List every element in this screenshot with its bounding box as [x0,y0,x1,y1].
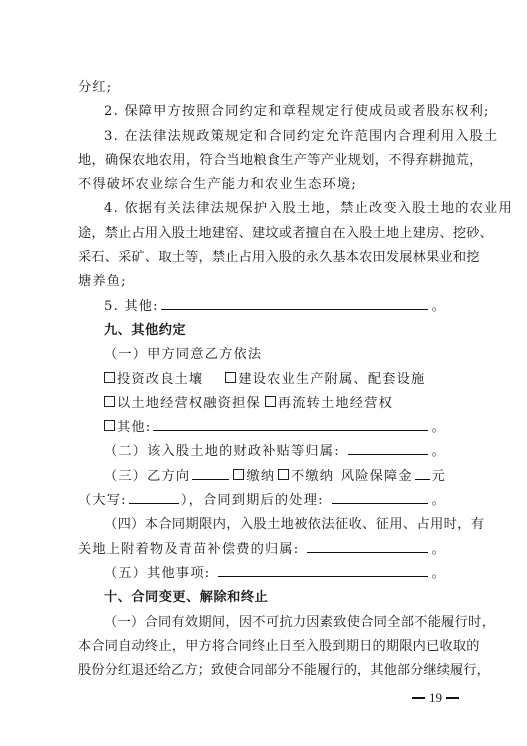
document-page: 分红; 2. 保障甲方按照合同约定和章程规定行使成员或者股东权利; 3. 在法律… [78,76,446,683]
option-pay[interactable]: 缴纳 [233,465,275,489]
section-9-item-4-cont: 关地上附着物及青苗补偿费的归属: 。 [78,538,446,562]
option-retransfer[interactable]: 再流转土地经营权 [265,392,393,416]
period: 。 [432,416,446,440]
label: 5. 其他: [104,295,159,319]
blank-field-compensation[interactable] [307,539,427,553]
text-line: 途，禁止占用入股土地建窑、建坟或者擅自在入股土地上建房、挖砂、 [78,222,446,246]
text-line: 不得破坏农业综合生产能力和农业生态环境; [78,173,446,197]
label: 其他: [117,416,151,440]
dash-icon [446,697,459,699]
heading: 十、合同变更、解除和终止 [104,586,268,610]
text: 3. 在法律法规政策规定和合同约定允许范围内合理利用入股土 [104,125,498,149]
text-line: 地，确保农地农用，符合当地粮食生产等产业规划，不得弃耕抛荒， [78,149,446,173]
text: 不得破坏农业综合生产能力和农业生态环境; [78,173,357,197]
label: 关地上附着物及青苗补偿费的归属: [78,538,299,562]
text: （四）本合同期限内，入股土地被依法征收、征用、占用时，有 [104,513,484,537]
checkbox-icon[interactable] [225,372,236,383]
text: 4. 依据有关法律法规保护入股土地，禁止改变入股土地的农业用 [104,197,513,221]
checkbox-icon[interactable] [265,396,276,407]
text: （一）合同有效期间，因不可抗力因素致使合同全部不能履行时， [104,611,495,635]
clause-2: 2. 保障甲方按照合同约定和章程规定行使成员或者股东权利; [78,100,446,124]
text: 股份分红退还给乙方；致使合同部分不能履行的，其他部分继续履行， [78,659,490,683]
text-line: 分红; [78,76,446,100]
text: 本合同自动终止，甲方将合同终止日至入股到期日的期限内已收取的 [78,635,480,659]
option-financing-guarantee[interactable]: 以土地经营权融资担保 [104,392,261,416]
text-line: 采石、采矿、取土等，禁止占用入股的永久基本农田发展林果业和挖 [78,246,446,270]
section-9-item-3-cont: （大写: ），合同到期后的处理: 。 [78,489,446,513]
label: 风险保障金 [341,465,413,489]
blank-field-other-matters[interactable] [218,563,427,577]
text: 途，禁止占用入股土地建窑、建坟或者擅自在入股土地上建房、挖砂、 [78,222,493,246]
checkbox-icon[interactable] [104,372,115,383]
clause-3: 3. 在法律法规政策规定和合同约定允许范围内合理利用入股土 [78,125,446,149]
label: ），合同到期后的处理: [181,489,324,513]
text: 2. 保障甲方按照合同约定和章程规定行使成员或者股东权利; [104,100,490,124]
section-9-item-4: （四）本合同期限内，入股土地被依法征收、征用、占用时，有 [78,513,446,537]
blank-field-option-other[interactable] [153,417,427,431]
label: （大写: [78,489,127,513]
page-number-text: 19 [429,690,442,706]
section-9-item-5: （五）其他事项: 。 [78,562,446,586]
options-row-1: 投资改良土壤 建设农业生产附属、配套设施 [78,368,446,392]
label: （五）其他事项: [104,562,210,586]
checkbox-icon[interactable] [104,396,115,407]
text: 地，确保农地农用，符合当地粮食生产等产业规划，不得弃耕抛荒， [78,149,483,173]
options-row-2: 以土地经营权融资担保 再流转土地经营权 [78,392,446,416]
option-improve-soil[interactable]: 投资改良土壤 [104,368,203,392]
blank-field-payee[interactable] [192,466,228,480]
blank-field-amount[interactable] [415,466,430,480]
label: 建设农业生产附属、配套设施 [238,368,425,392]
section-9-item-3: （三）乙方向 缴纳 不缴纳 风险保障金 元 [78,465,446,489]
label: （二）该入股土地的财政补贴等归属: [104,440,340,464]
section-9-title: 九、其他约定 [78,319,446,343]
heading: 九、其他约定 [104,319,186,343]
checkbox-icon[interactable] [278,469,289,480]
checkbox-icon[interactable] [104,420,115,431]
dash-icon [412,697,425,699]
page-number: 19 [412,690,459,706]
label: 元 [432,465,446,489]
period: 。 [432,562,446,586]
option-no-pay[interactable]: 不缴纳 [278,465,334,489]
text-line: 股份分红退还给乙方；致使合同部分不能履行的，其他部分继续履行， [78,659,446,683]
period: 。 [432,489,446,513]
clause-5-other: 5. 其他: 。 [78,295,446,319]
section-10-p1: （一）合同有效期间，因不可抗力因素致使合同全部不能履行时， [78,611,446,635]
label: 以土地经营权融资担保 [117,392,261,416]
blank-field-expiry-handling[interactable] [332,490,428,504]
period: 。 [432,295,446,319]
label: 缴纳 [246,465,275,489]
option-build-facilities[interactable]: 建设农业生产附属、配套设施 [225,368,425,392]
label: （三）乙方向 [104,465,190,489]
label: 再流转土地经营权 [278,392,393,416]
section-9-item-2: （二）该入股土地的财政补贴等归属: 。 [78,440,446,464]
text-line: 本合同自动终止，甲方将合同终止日至入股到期日的期限内已收取的 [78,635,446,659]
text: 采石、采矿、取土等，禁止占用入股的永久基本农田发展林果业和挖 [78,246,480,270]
blank-field-amount-uppercase[interactable] [129,490,179,504]
text: 塘养鱼; [78,270,127,294]
period: 。 [432,440,446,464]
period: 。 [432,538,446,562]
options-row-3: 其他: 。 [78,416,446,440]
checkbox-icon[interactable] [233,469,244,480]
blank-field-subsidy[interactable] [348,441,428,455]
label: 投资改良土壤 [117,368,203,392]
text: 分红; [78,76,112,100]
section-9-item-1: （一）甲方同意乙方依法 [78,343,446,367]
text-line: 塘养鱼; [78,270,446,294]
blank-field-other[interactable] [161,296,428,310]
text: （一）甲方同意乙方依法 [104,343,262,367]
label: 不缴纳 [291,465,334,489]
clause-4: 4. 依据有关法律法规保护入股土地，禁止改变入股土地的农业用 [78,197,446,221]
section-10-title: 十、合同变更、解除和终止 [78,586,446,610]
option-other[interactable]: 其他: [104,416,151,440]
